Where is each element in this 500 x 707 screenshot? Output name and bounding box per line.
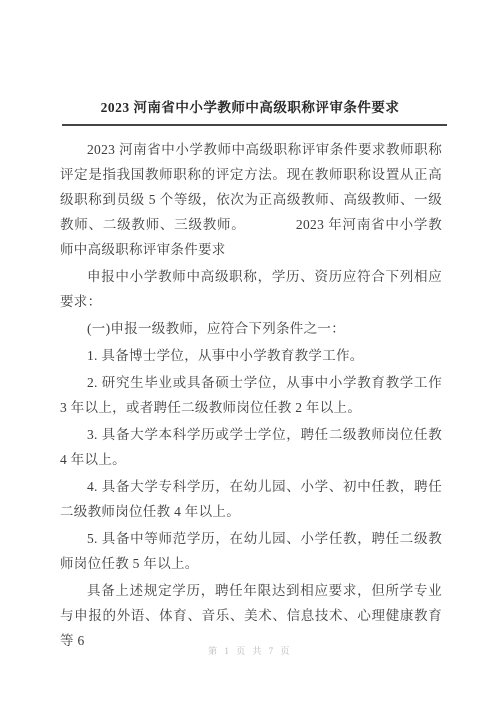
paragraph-section-1-heading: (一)申报一级教师，应符合下列条件之一： [60,316,442,341]
paragraph-condition-2: 2. 研究生毕业或具备硕士学位，从事中小学教育教学工作 3 年以上，或者聘任二级… [60,370,442,420]
paragraph-intro: 2023 河南省中小学教师中高级职称评审条件要求教师职称评定是指我国教师职称的评… [60,137,442,262]
paragraph-degree-note: 具备上述规定学历，聘任年限达到相应要求，但所学专业与申报的外语、体育、音乐、美术… [60,578,442,653]
document-body: 2023 河南省中小学教师中高级职称评审条件要求教师职称评定是指我国教师职称的评… [60,137,442,653]
paragraph-condition-1: 1. 具备博士学位，从事中小学教育教学工作。 [60,343,442,368]
paragraph-condition-5: 5. 具备中等师范学历，在幼儿园、小学任教，聘任二级教师岗位任教 5 年以上。 [60,526,442,576]
paragraph-condition-3: 3. 具备大学本科学历或学士学位，聘任二级教师岗位任教 4 年以上。 [60,422,442,472]
page-number-footer: 第 1 页 共 7 页 [0,645,500,657]
paragraph-condition-4: 4. 具备大学专科学历，在幼儿园、小学、初中任教，聘任二级教师岗位任教 4 年以… [60,474,442,524]
document-page: 2023 河南省中小学教师中高级职称评审条件要求 2023 河南省中小学教师中高… [0,0,500,707]
document-title: 2023 河南省中小学教师中高级职称评审条件要求 [0,0,500,117]
title-divider [62,124,447,126]
paragraph-requirements-lead: 申报中小学教师中高级职称，学历、资历应符合下列相应要求： [60,264,442,314]
